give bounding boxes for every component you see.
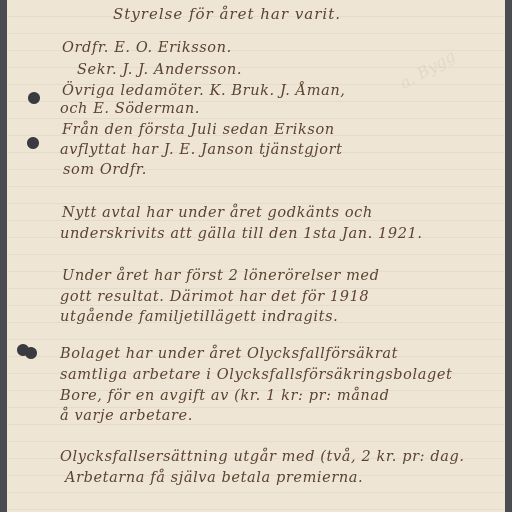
text-line: Bolaget har under året Olycksfallförsäkr… — [60, 346, 398, 362]
document-page: a. Bygg Styrelse för året har varit. Ord… — [7, 0, 505, 512]
text-line: utgående familjetillägett indragits. — [60, 309, 338, 325]
text-line: och E. Söderman. — [60, 101, 200, 117]
text-line: Från den första Juli sedan Erikson — [62, 122, 335, 138]
text-line: å varje arbetare. — [60, 408, 193, 424]
text-line: avflyttat har J. E. Janson tjänstgjort — [60, 142, 343, 158]
text-line: gott resultat. Därimot har det för 1918 — [60, 289, 369, 305]
text-line: Olycksfallsersättning utgår med (två, 2 … — [60, 449, 465, 465]
text-line: Bore, för en avgift av (kr. 1 kr: pr: må… — [60, 388, 390, 404]
text-line: Ordfr. E. O. Eriksson. — [62, 40, 232, 56]
text-line: underskrivits att gälla till den 1sta Ja… — [60, 226, 423, 242]
text-line: Nytt avtal har under året godkänts och — [62, 205, 373, 221]
text-line: Sekr. J. J. Andersson. — [77, 62, 242, 78]
text-line: Övriga ledamöter. K. Bruk. J. Åman, — [62, 83, 345, 99]
document-title: Styrelse för året har varit. — [113, 5, 341, 23]
text-line: samtliga arbetare i Olycksfallsförsäkrin… — [60, 367, 452, 383]
punch-hole — [27, 137, 39, 149]
text-line: Arbetarna få själva betala premierna. — [65, 470, 363, 486]
text-line: som Ordfr. — [63, 162, 147, 178]
punch-hole — [25, 347, 37, 359]
bleed-through-text: a. Bygg — [396, 46, 458, 93]
punch-hole — [28, 92, 40, 104]
text-line: Under året har först 2 lönerörelser med — [62, 268, 380, 284]
